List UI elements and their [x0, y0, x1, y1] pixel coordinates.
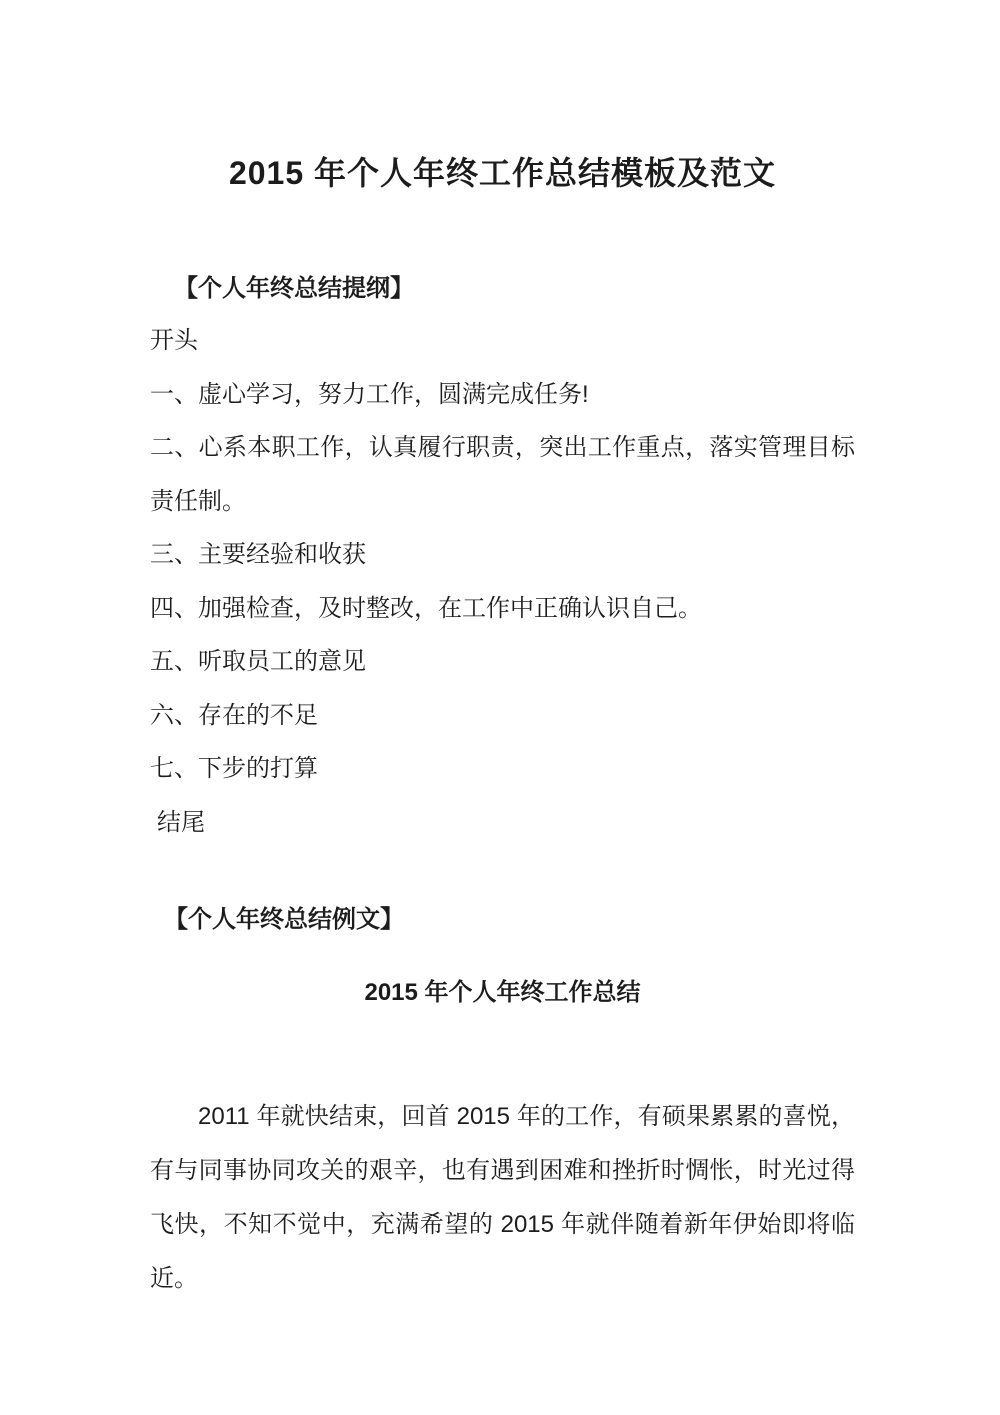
outline-item-2: 二、心系本职工作，认真履行职责，突出工作重点，落实管理目标责任制。: [150, 421, 855, 528]
outline-item-5: 五、听取员工的意见: [150, 635, 855, 689]
document-title: 2015 年个人年终工作总结模板及范文: [150, 152, 855, 194]
outline-item-6: 六、存在的不足: [150, 689, 855, 743]
outline-item-1: 一、虚心学习，努力工作，圆满完成任务!: [150, 368, 855, 422]
sample-title: 2015 年个人年终工作总结: [150, 978, 855, 1008]
outline-item-3: 三、主要经验和收获: [150, 528, 855, 582]
outline-item-ending: 结尾: [150, 796, 855, 850]
outline-section-heading: 【个人年终总结提纲】: [150, 274, 855, 304]
outline-item-7: 七、下步的打算: [150, 742, 855, 796]
sample-section-heading: 【个人年终总结例文】: [150, 905, 855, 935]
outline-item-4: 四、加强检查，及时整改，在工作中正确认识自己。: [150, 582, 855, 636]
outline-list: 开头 一、虚心学习，努力工作，圆满完成任务! 二、心系本职工作，认真履行职责，突…: [150, 314, 855, 849]
document-page: 2015 年个人年终工作总结模板及范文 【个人年终总结提纲】 开头 一、虚心学习…: [0, 0, 1000, 1415]
sample-paragraph: 2011 年就快结束，回首 2015 年的工作，有硕果累累的喜悦，有与同事协同攻…: [150, 1090, 855, 1306]
outline-item-opening: 开头: [150, 314, 855, 368]
